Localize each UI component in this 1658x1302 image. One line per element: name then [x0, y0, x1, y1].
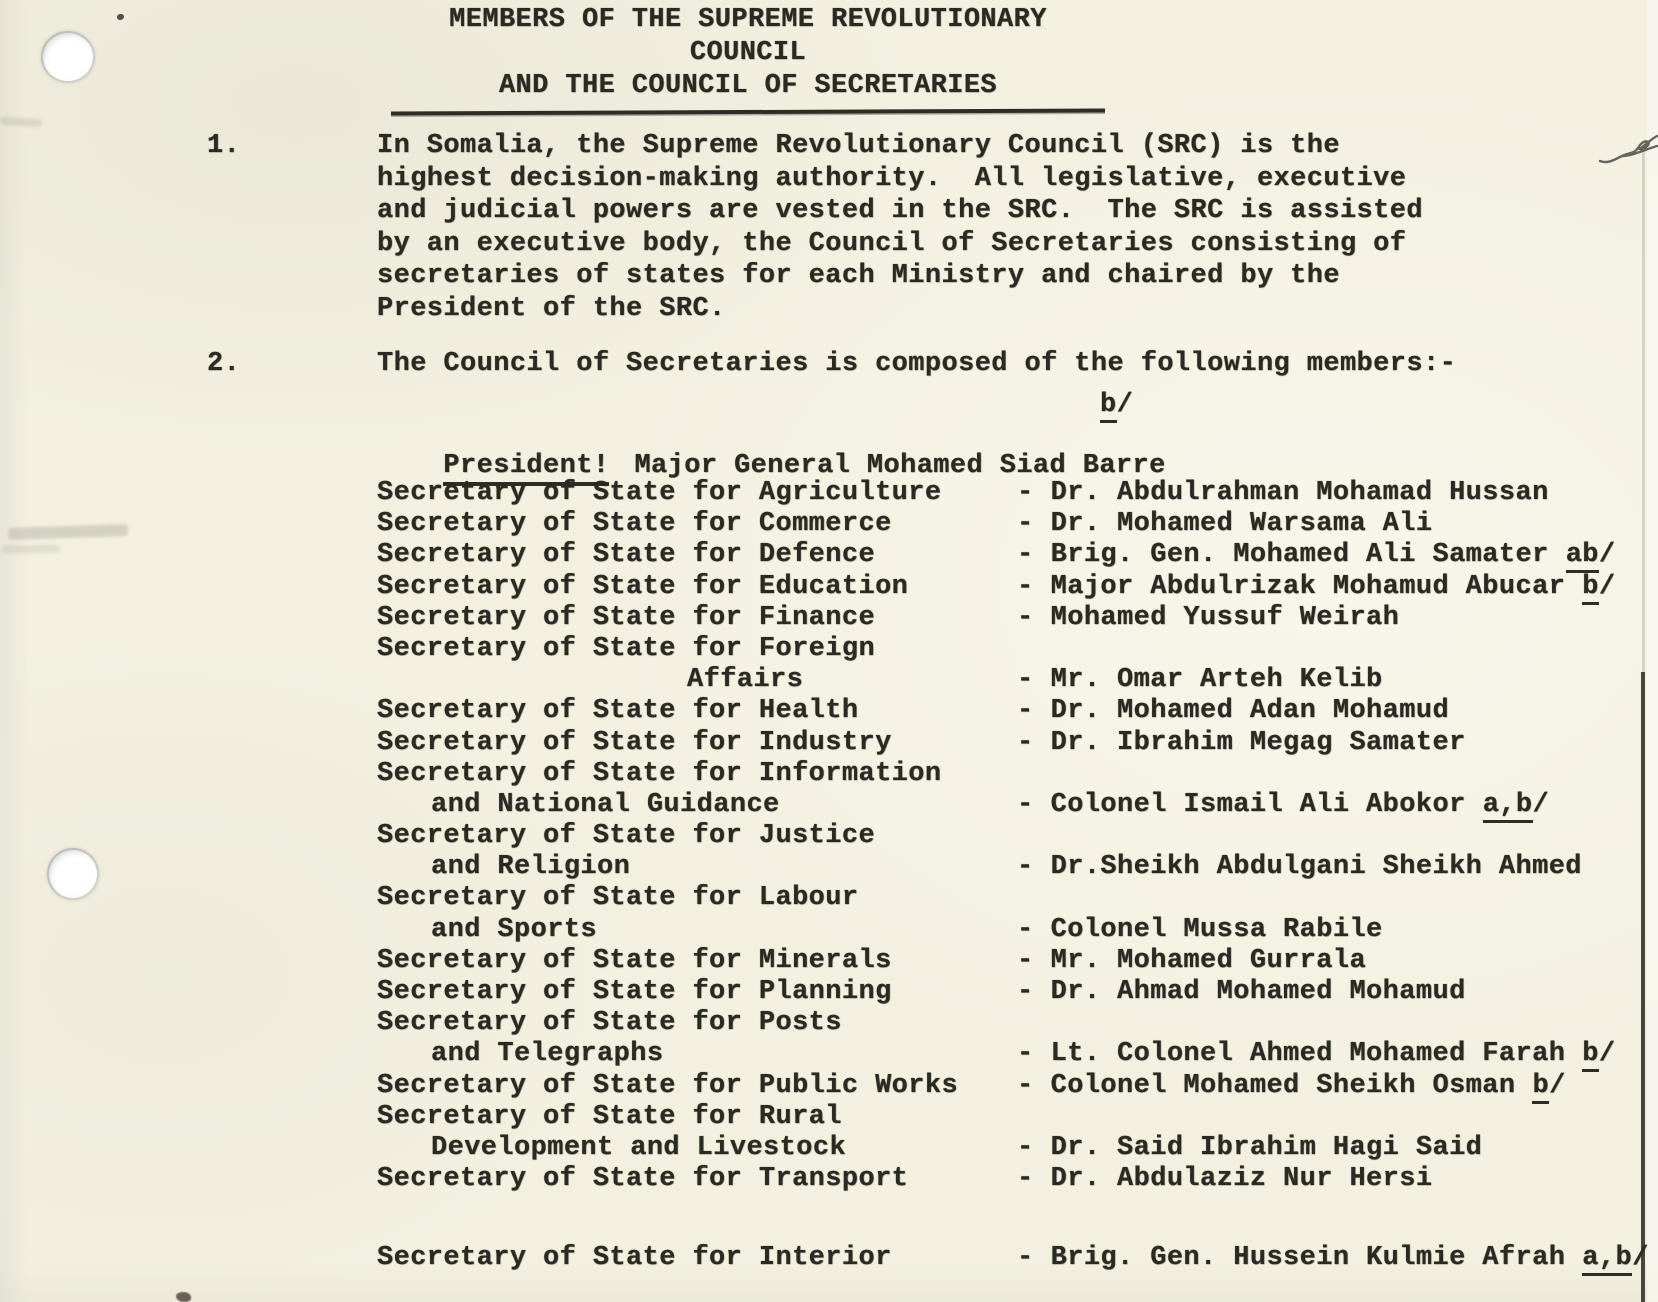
- footnote-slash: /: [1117, 390, 1134, 420]
- dash: -: [1017, 1071, 1034, 1101]
- footnote-slash: /: [1599, 540, 1616, 570]
- office-title: Secretary of State for Commerce: [377, 509, 892, 540]
- footnote-marker: b: [1100, 390, 1117, 423]
- dash: -: [1017, 915, 1034, 945]
- title-underline: [391, 108, 1105, 115]
- footnote-slash: /: [1599, 572, 1616, 602]
- footnote-slash: /: [1632, 1243, 1649, 1273]
- office-title: Secretary of State for Labour: [377, 883, 858, 914]
- office-title: Secretary of State for Education: [377, 572, 908, 603]
- president-name: Major General Mohamed Siad Barre: [634, 451, 1165, 481]
- pencil-smudge: [8, 524, 128, 540]
- office-title: Development and Livestock: [431, 1133, 846, 1164]
- footnote-slash: /: [1549, 1071, 1566, 1101]
- roster-row: Secretary of State for Justice: [377, 821, 1658, 852]
- footnote-marker: a,b: [1582, 1243, 1632, 1276]
- roster-row: Secretary of State for Defence-Brig. Gen…: [377, 540, 1658, 571]
- person-name: Colonel Mussa Rabile: [1051, 915, 1383, 945]
- footnote-superscript: b/: [1100, 392, 1133, 419]
- office-title: Secretary of State for Agriculture: [377, 478, 942, 509]
- person-name: Brig. Gen. Mohamed Ali Samater: [1051, 540, 1549, 570]
- roster-row: Secretary of State for Education-Major A…: [377, 572, 1658, 603]
- paragraph-number-1: 1.: [207, 130, 240, 163]
- person-name: Dr. Ibrahim Megag Samater: [1051, 728, 1466, 758]
- person-name: Dr. Mohamed Warsama Ali: [1051, 509, 1433, 539]
- office-title: Secretary of State for Foreign: [377, 634, 875, 665]
- typewritten-page-scan: MEMBERS OF THE SUPREME REVOLUTIONARY COU…: [0, 0, 1658, 1302]
- office-title: Secretary of State for Rural: [377, 1102, 842, 1133]
- roster-row: Secretary of State for Transport-Dr. Abd…: [377, 1164, 1658, 1195]
- roster-row: and Telegraphs-Lt. Colonel Ahmed Mohamed…: [377, 1039, 1658, 1070]
- office-title: Secretary of State for Interior: [377, 1243, 892, 1274]
- office-title: Secretary of State for Industry: [377, 728, 892, 759]
- list-intro-line: The Council of Secretaries is composed o…: [377, 348, 1456, 381]
- footnote-marker: b: [1582, 572, 1599, 605]
- dash: -: [1017, 852, 1034, 882]
- person-name: Dr. Abdulaziz Nur Hersi: [1051, 1164, 1433, 1194]
- person-name: Dr.Sheikh Abdulgani Sheikh Ahmed: [1051, 852, 1582, 882]
- ink-speck: [117, 14, 124, 20]
- dash: -: [1017, 572, 1034, 602]
- dash: -: [1017, 540, 1034, 570]
- office-title: and National Guidance: [431, 790, 780, 821]
- pencil-smudge: [0, 117, 42, 128]
- person-name: Mr. Omar Arteh Kelib: [1051, 665, 1383, 695]
- office-title: Secretary of State for Posts: [377, 1008, 842, 1039]
- hole-punch-middle: [47, 848, 99, 900]
- dash: -: [1017, 1243, 1034, 1273]
- office-title: and Sports: [431, 915, 597, 946]
- title-line-1: MEMBERS OF THE SUPREME REVOLUTIONARY COU…: [390, 4, 1106, 70]
- person-name: Dr. Said Ibrahim Hagi Said: [1051, 1133, 1483, 1163]
- office-title: Secretary of State for Planning: [377, 977, 892, 1008]
- person-name: Lt. Colonel Ahmed Mohamed Farah: [1051, 1039, 1566, 1069]
- person-name: Dr. Mohamed Adan Mohamud: [1051, 696, 1449, 726]
- secretaries-roster: Secretary of State for Agriculture-Dr. A…: [377, 478, 1658, 1275]
- office-title: Secretary of State for Health: [377, 696, 858, 727]
- title-line-2: AND THE COUNCIL OF SECRETARIES: [390, 70, 1106, 103]
- handwritten-squiggle: [1598, 126, 1658, 172]
- pencil-smudge: [2, 544, 60, 553]
- roster-row: Secretary of State for Finance-Mohamed Y…: [377, 603, 1658, 634]
- intro-paragraph: In Somalia, the Supreme Revolutionary Co…: [377, 130, 1423, 326]
- dash: -: [1017, 946, 1034, 976]
- roster-row: Secretary of State for Labour: [377, 883, 1658, 914]
- footnote-marker: b: [1532, 1071, 1549, 1104]
- office-title: Secretary of State for Transport: [377, 1164, 908, 1195]
- footnote-marker: a,b: [1483, 790, 1533, 823]
- hole-punch-top: [41, 31, 95, 83]
- roster-row: Development and Livestock-Dr. Said Ibrah…: [377, 1133, 1658, 1164]
- roster-row: and Religion-Dr.Sheikh Abdulgani Sheikh …: [377, 852, 1658, 883]
- office-title: and Telegraphs: [431, 1039, 663, 1070]
- roster-row: Secretary of State for Industry-Dr. Ibra…: [377, 728, 1658, 759]
- roster-row: Secretary of State for Interior-Brig. Ge…: [377, 1243, 1658, 1274]
- dash: -: [1017, 696, 1034, 726]
- office-title: Secretary of State for Justice: [377, 821, 875, 852]
- person-name: Brig. Gen. Hussein Kulmie Afrah: [1051, 1243, 1566, 1273]
- roster-row: and National Guidance-Colonel Ismail Ali…: [377, 790, 1658, 821]
- office-title: Secretary of State for Minerals: [377, 946, 892, 977]
- person-name: Colonel Ismail Ali Abokor: [1051, 790, 1466, 820]
- dash: -: [1017, 509, 1034, 539]
- person-name: Mohamed Yussuf Weirah: [1051, 603, 1400, 633]
- dash: -: [1017, 1164, 1034, 1194]
- person-name: Major Abdulrizak Mohamud Abucar: [1051, 572, 1566, 602]
- roster-row: Secretary of State for Health-Dr. Mohame…: [377, 696, 1658, 727]
- person-name: Mr. Mohamed Gurrala: [1051, 946, 1366, 976]
- dash: -: [1017, 1133, 1034, 1163]
- roster-row: Secretary of State for Commerce-Dr. Moha…: [377, 509, 1658, 540]
- office-title: Secretary of State for Information: [377, 759, 942, 790]
- person-name: Dr. Ahmad Mohamed Mohamud: [1051, 977, 1466, 1007]
- paragraph-number-2: 2.: [207, 348, 240, 381]
- roster-row: Secretary of State for Minerals-Mr. Moha…: [377, 946, 1658, 977]
- roster-row: Secretary of State for Rural: [377, 1102, 1658, 1133]
- dash: -: [1017, 728, 1034, 758]
- document-title: MEMBERS OF THE SUPREME REVOLUTIONARY COU…: [390, 4, 1106, 114]
- footnote-slash: /: [1533, 790, 1550, 820]
- footnote-marker: ab: [1566, 540, 1599, 573]
- roster-row: Affairs-Mr. Omar Arteh Kelib: [377, 665, 1658, 696]
- dash: -: [1017, 665, 1034, 695]
- footnote-marker: b: [1582, 1039, 1599, 1072]
- office-title: and Religion: [431, 852, 630, 883]
- dash: -: [1017, 790, 1034, 820]
- office-title: Secretary of State for Public Works: [377, 1071, 958, 1102]
- office-title: Secretary of State for Finance: [377, 603, 875, 634]
- office-title: Affairs: [687, 665, 803, 696]
- roster-row: Secretary of State for Public Works-Colo…: [377, 1071, 1658, 1102]
- roster-row: Secretary of State for Planning-Dr. Ahma…: [377, 977, 1658, 1008]
- dash: -: [1017, 977, 1034, 1007]
- dash: -: [1017, 1039, 1034, 1069]
- roster-row: and Sports-Colonel Mussa Rabile: [377, 915, 1658, 946]
- bottom-edge-mark: [176, 1292, 191, 1302]
- roster-row: Secretary of State for Information: [377, 759, 1658, 790]
- roster-row: Secretary of State for Agriculture-Dr. A…: [377, 478, 1658, 509]
- roster-row: Secretary of State for Posts: [377, 1008, 1658, 1039]
- footnote-slash: /: [1599, 1039, 1616, 1069]
- office-title: Secretary of State for Defence: [377, 540, 875, 571]
- person-name: Colonel Mohamed Sheikh Osman: [1051, 1071, 1516, 1101]
- person-name: Dr. Abdulrahman Mohamad Hussan: [1051, 478, 1549, 508]
- dash: -: [1017, 478, 1034, 508]
- dash: -: [1017, 603, 1034, 633]
- roster-row: Secretary of State for Foreign: [377, 634, 1658, 665]
